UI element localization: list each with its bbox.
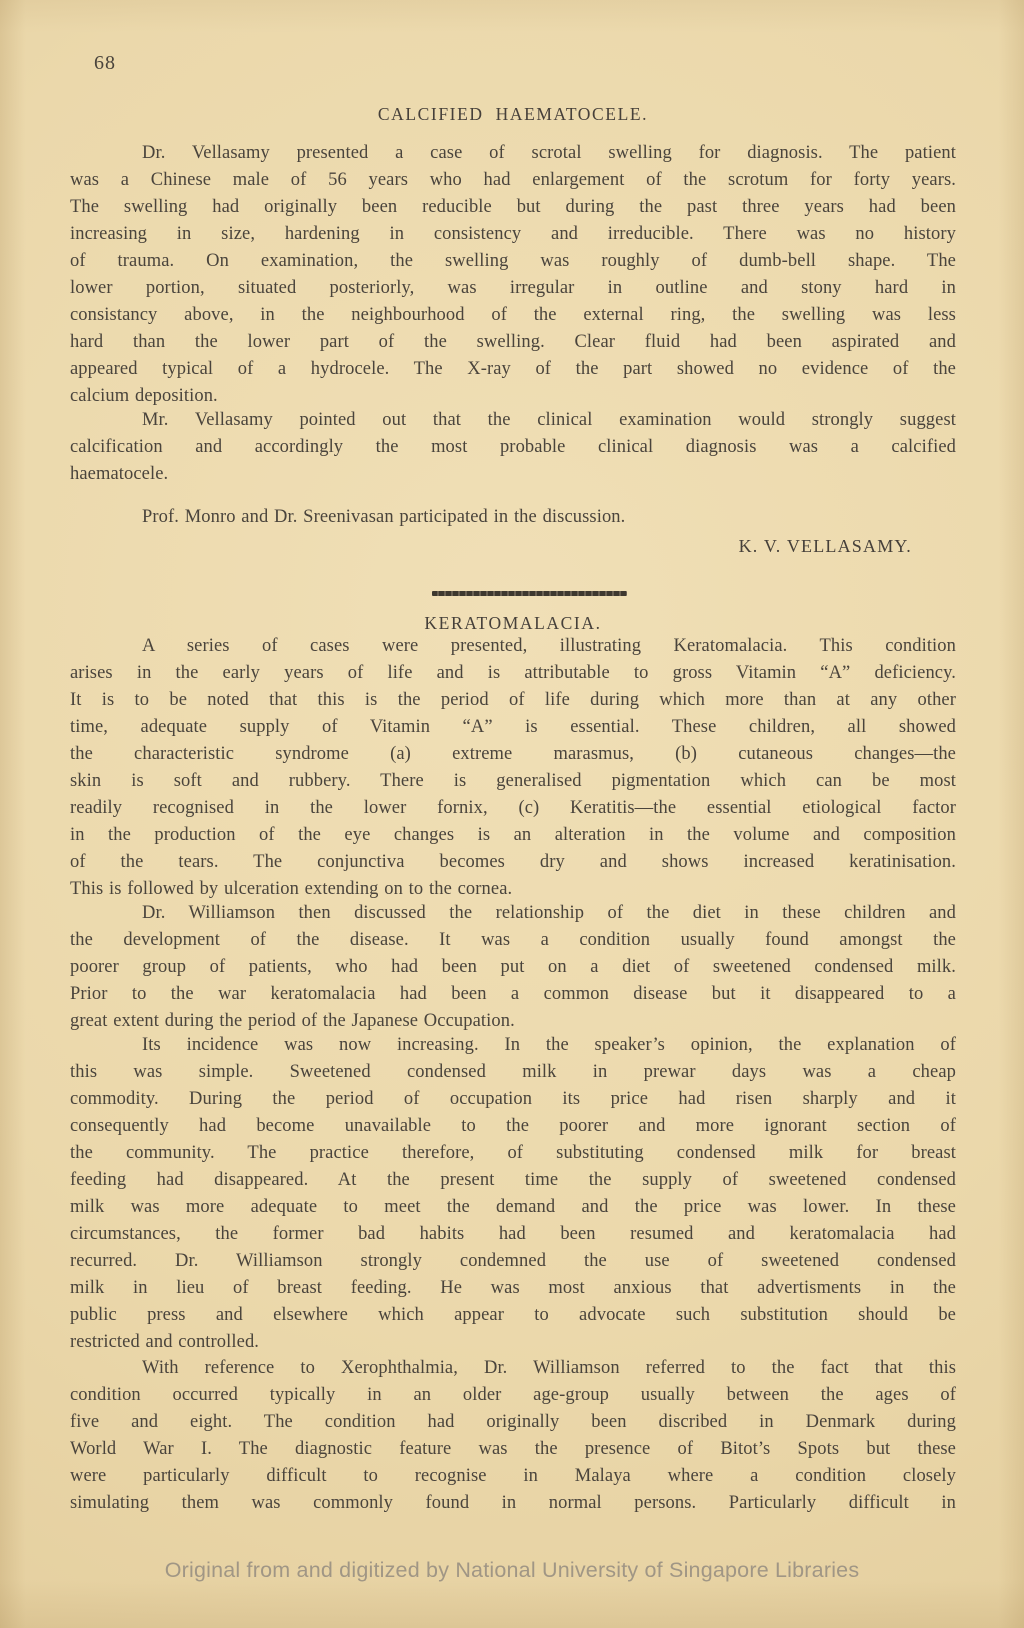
text-line: commodity. During the period of occupati… [70,1086,956,1113]
footer-note: Original from and digitized by National … [0,1556,1024,1584]
text-line: five and eight. The condition had origin… [70,1409,956,1436]
text-line: haematocele. [70,461,956,488]
section-title-calcified-haematocele: CALCIFIED HAEMATOCELE. [70,103,956,125]
text-line: With reference to Xerophthalmia, Dr. Wil… [70,1355,956,1382]
text-line: great extent during the period of the Ja… [70,1008,956,1035]
section-divider [432,591,627,596]
text-line: the community. The practice therefore, o… [70,1140,956,1167]
text-line: milk was more adequate to meet the deman… [70,1194,956,1221]
text-line: World War I. The diagnostic feature was … [70,1436,956,1463]
document-page: 68 CALCIFIED HAEMATOCELE. Dr. Vellasamy … [0,0,1024,1628]
text-line: condition occurred typically in an older… [70,1382,956,1409]
text-line: appeared typical of a hydrocele. The X-r… [70,356,956,383]
text-line: restricted and controlled. [70,1329,956,1356]
text-line: recurred. Dr. Williamson strongly condem… [70,1248,956,1275]
text-line: Dr. Vellasamy presented a case of scrota… [70,140,956,167]
text-line: was a Chinese male of 56 years who had e… [70,167,956,194]
text-line: increasing in size, hardening in consist… [70,221,956,248]
text-line: readily recognised in the lower fornix, … [70,795,956,822]
text-line: Prior to the war keratomalacia had been … [70,981,956,1008]
text-line: arises in the early years of life and is… [70,660,956,687]
text-line: consequently had become unavailable to t… [70,1113,956,1140]
text-line: skin is soft and rubbery. There is gener… [70,768,956,795]
text-line: A series of cases were presented, illust… [70,633,956,660]
paragraph: Prof. Monro and Dr. Sreenivasan particip… [70,504,956,531]
paragraph: Mr. Vellasamy pointed out that the clini… [70,407,956,488]
text-line: poorer group of patients, who had been p… [70,954,956,981]
paragraph: Dr. Vellasamy presented a case of scrota… [70,140,956,410]
text-line: simulating them was commonly found in no… [70,1490,956,1517]
text-line: calcium deposition. [70,383,956,410]
text-line: Dr. Williamson then discussed the relati… [70,900,956,927]
text-line: The swelling had originally been reducib… [70,194,956,221]
text-line: of trauma. On examination, the swelling … [70,248,956,275]
paragraph: With reference to Xerophthalmia, Dr. Wil… [70,1355,956,1517]
paragraph: Its incidence was now increasing. In the… [70,1032,956,1356]
text-line: Its incidence was now increasing. In the… [70,1032,956,1059]
text-line: Prof. Monro and Dr. Sreenivasan particip… [70,504,956,531]
signature: K. V. VELLASAMY. [70,533,912,560]
section-title-keratomalacia: KERATOMALACIA. [70,612,956,634]
text-line: this was simple. Sweetened condensed mil… [70,1059,956,1086]
text-line: Mr. Vellasamy pointed out that the clini… [70,407,956,434]
text-line: calcification and accordingly the most p… [70,434,956,461]
text-line: lower portion, situated posteriorly, was… [70,275,956,302]
text-line: hard than the lower part of the swelling… [70,329,956,356]
text-line: the characteristic syndrome (a) extreme … [70,741,956,768]
text-line: circumstances, the former bad habits had… [70,1221,956,1248]
paragraph: A series of cases were presented, illust… [70,633,956,903]
text-line: It is to be noted that this is the perio… [70,687,956,714]
text-line: time, adequate supply of Vitamin “A” is … [70,714,956,741]
text-line: feeding had disappeared. At the present … [70,1167,956,1194]
paragraph: Dr. Williamson then discussed the relati… [70,900,956,1035]
text-line: of the tears. The conjunctiva becomes dr… [70,849,956,876]
text-line: in the production of the eye changes is … [70,822,956,849]
text-line: the development of the disease. It was a… [70,927,956,954]
text-line: This is followed by ulceration extending… [70,876,956,903]
page-number: 68 [94,52,116,75]
text-line: milk in lieu of breast feeding. He was m… [70,1275,956,1302]
text-line: were particularly difficult to recognise… [70,1463,956,1490]
text-line: public press and elsewhere which appear … [70,1302,956,1329]
text-line: consistancy above, in the neighbourhood … [70,302,956,329]
